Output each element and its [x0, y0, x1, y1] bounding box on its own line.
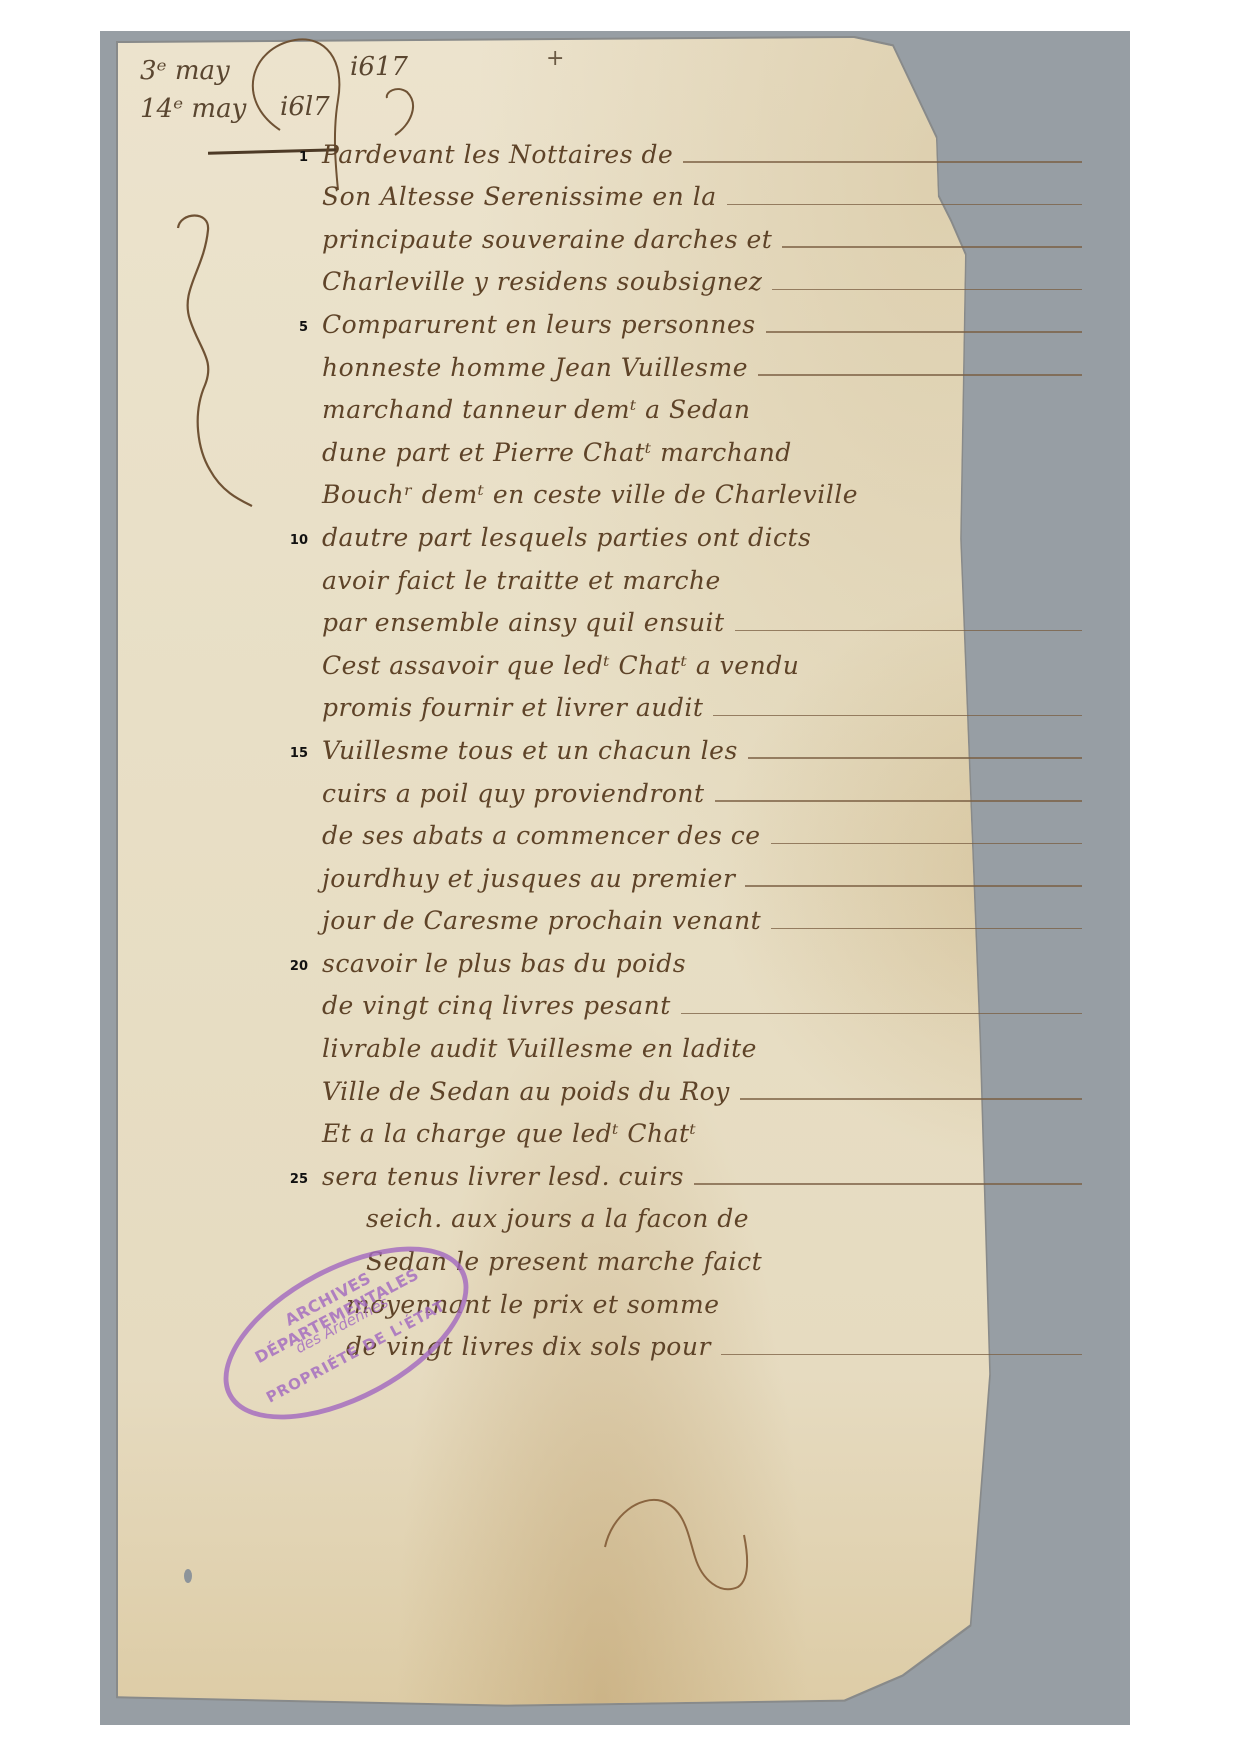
- line-text: livrable audit Vuillesme en ladite: [322, 1034, 757, 1067]
- text-line-4: Charleville y residens soubsignez: [322, 258, 1082, 301]
- text-line-18: jourdhuy et jusques au premier: [322, 854, 1082, 897]
- line-text: de vingt cinq livres pesant: [322, 991, 671, 1024]
- line-filler-stroke: [713, 715, 1082, 717]
- line-filler-stroke: [758, 374, 1082, 376]
- line-text: Cest assavoir que ledᵗ Chatᵗ a vendu: [322, 651, 799, 684]
- line-number-1: 1: [299, 150, 308, 165]
- text-line-20: 20 scavoir le plus bas du poids: [322, 939, 1082, 982]
- line-text: de ses abats a commencer des ce: [322, 821, 761, 854]
- margin-bracket-flourish-icon: [170, 210, 280, 510]
- line-text: sera tenus livrer lesd. cuirs: [322, 1162, 684, 1195]
- line-text: par ensemble ainsy quil ensuit: [322, 608, 725, 641]
- line-filler-stroke: [766, 331, 1082, 333]
- text-line-16: cuirs a poil quy proviendront: [322, 769, 1082, 812]
- line-filler-stroke: [771, 843, 1082, 845]
- line-text: Charleville y residens soubsignez: [322, 267, 762, 300]
- line-text: dautre part lesquels parties ont dicts: [322, 523, 811, 556]
- text-line-1: 1 Pardevant les Nottaires de: [322, 130, 1082, 173]
- text-line-17: de ses abats a commencer des ce: [322, 812, 1082, 855]
- text-line-12: par ensemble ainsy quil ensuit: [322, 599, 1082, 642]
- line-text: principaute souveraine darches et: [322, 225, 772, 258]
- line-filler-stroke: [727, 204, 1082, 206]
- line-filler-stroke: [740, 1098, 1082, 1100]
- text-line-24: Et a la charge que ledᵗ Chatᵗ: [322, 1110, 1082, 1153]
- text-line-14: promis fournir et livrer audit: [322, 684, 1082, 727]
- text-line-10: 10 dautre part lesquels parties ont dict…: [322, 513, 1082, 556]
- line-text: Comparurent en leurs personnes: [322, 310, 756, 343]
- line-text: jour de Caresme prochain venant: [322, 906, 761, 939]
- line-number-20: 20: [290, 959, 308, 974]
- line-filler-stroke: [721, 1354, 1082, 1356]
- text-line-6: honneste homme Jean Vuillesme: [322, 343, 1082, 386]
- line-filler-stroke: [735, 630, 1082, 632]
- line-text: Vuillesme tous et un chacun les: [322, 736, 738, 769]
- text-line-22: livrable audit Vuillesme en ladite: [322, 1024, 1082, 1067]
- text-line-15: 15 Vuillesme tous et un chacun les: [322, 726, 1082, 769]
- text-line-13: Cest assavoir que ledᵗ Chatᵗ a vendu: [322, 641, 1082, 684]
- line-text: Pardevant les Nottaires de: [322, 140, 673, 173]
- closing-flourish-icon: [600, 1495, 750, 1605]
- text-line-23: Ville de Sedan au poids du Roy: [322, 1067, 1082, 1110]
- text-line-8: dune part et Pierre Chatᵗ marchand: [322, 428, 1082, 471]
- line-text: Et a la charge que ledᵗ Chatᵗ: [322, 1119, 696, 1152]
- line-filler-stroke: [683, 161, 1082, 163]
- line-filler-stroke: [771, 928, 1082, 930]
- line-text: dune part et Pierre Chatᵗ marchand: [322, 438, 792, 471]
- paper-pinhole: [184, 1569, 192, 1583]
- text-line-19: jour de Caresme prochain venant: [322, 897, 1082, 940]
- text-line-2: Son Altesse Serenissime en la: [322, 173, 1082, 216]
- line-text: seich. aux jours a la facon de: [366, 1204, 749, 1237]
- text-line-7: marchand tanneur demᵗ a Sedan: [322, 386, 1082, 429]
- line-filler-stroke: [694, 1183, 1082, 1185]
- line-filler-stroke: [715, 800, 1082, 802]
- line-text: cuirs a poil quy proviendront: [322, 779, 705, 812]
- line-text: avoir faict le traitte et marche: [322, 566, 721, 599]
- line-filler-stroke: [772, 289, 1082, 291]
- text-line-21: de vingt cinq livres pesant: [322, 982, 1082, 1025]
- line-text: Bouchʳ demᵗ en ceste ville de Charlevill…: [322, 480, 858, 513]
- line-filler-stroke: [681, 1013, 1082, 1015]
- line-text: Son Altesse Serenissime en la: [322, 182, 717, 215]
- line-text: jourdhuy et jusques au premier: [322, 864, 735, 897]
- line-number-5: 5: [299, 320, 308, 335]
- text-line-11: avoir faict le traitte et marche: [322, 556, 1082, 599]
- text-line-9: Bouchʳ demᵗ en ceste ville de Charlevill…: [322, 471, 1082, 514]
- line-number-15: 15: [290, 746, 308, 761]
- text-line-3: principaute souveraine darches et: [322, 215, 1082, 258]
- line-text: Ville de Sedan au poids du Roy: [322, 1077, 730, 1110]
- line-number-10: 10: [290, 533, 308, 548]
- line-text: scavoir le plus bas du poids: [322, 949, 686, 982]
- line-text: marchand tanneur demᵗ a Sedan: [322, 395, 750, 428]
- line-filler-stroke: [748, 757, 1082, 759]
- line-filler-stroke: [745, 885, 1082, 887]
- cross-mark: +: [546, 46, 564, 71]
- line-number-25: 25: [290, 1172, 308, 1187]
- manuscript-text-block: 1 Pardevant les Nottaires de Son Altesse…: [322, 130, 1082, 1365]
- line-filler-stroke: [782, 246, 1082, 248]
- text-line-5: 5 Comparurent en leurs personnes: [322, 300, 1082, 343]
- line-text: honneste homme Jean Vuillesme: [322, 353, 748, 386]
- text-line-25: 25 sera tenus livrer lesd. cuirs: [322, 1152, 1082, 1195]
- line-text: promis fournir et livrer audit: [322, 693, 703, 726]
